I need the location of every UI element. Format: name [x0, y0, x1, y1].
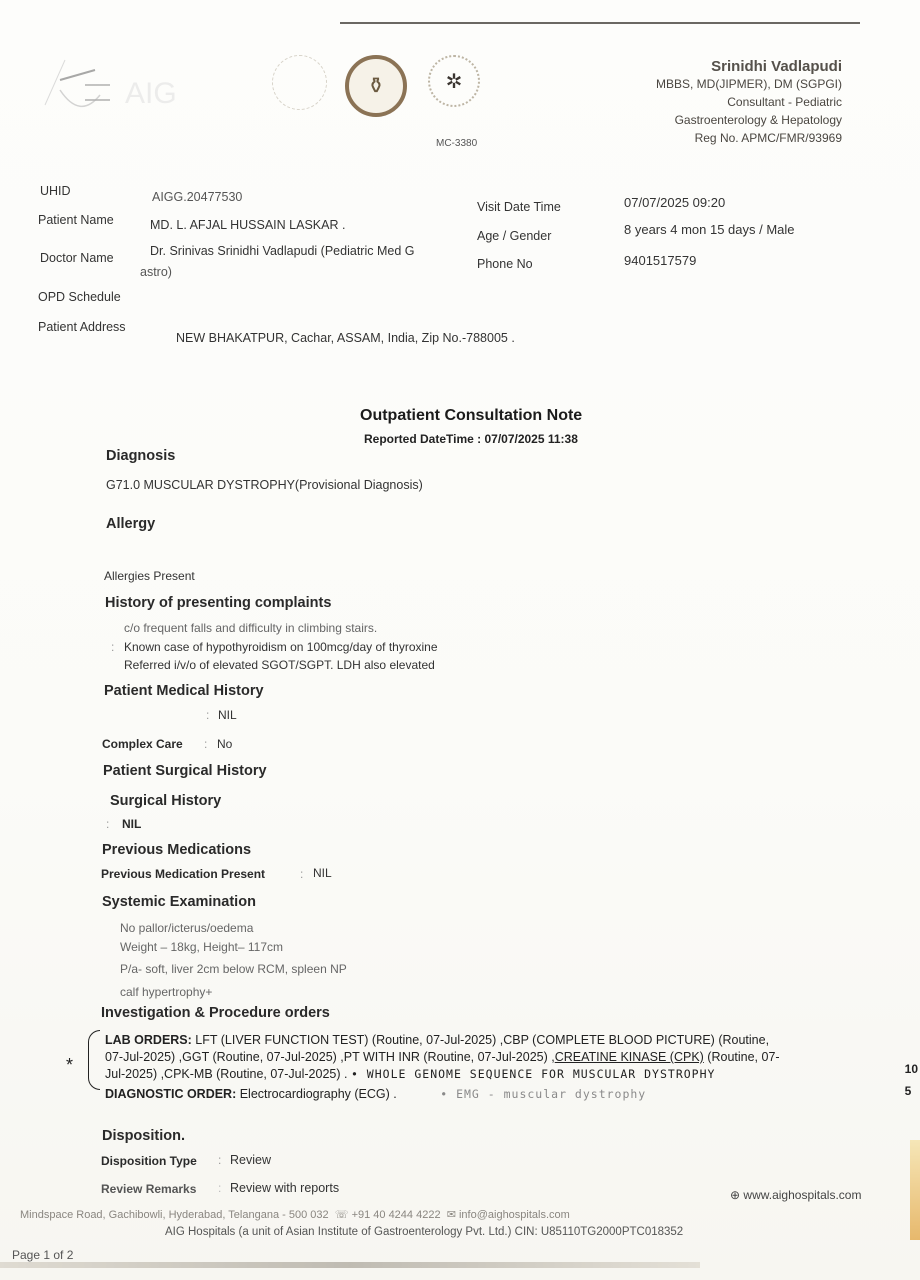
footer-website-line: ⊕ www.aighospitals.com — [730, 1188, 861, 1202]
doctor-reg-no: Reg No. APMC/FMR/93969 — [656, 129, 842, 147]
uhid-value: AIGG.20477530 — [152, 190, 242, 204]
doctor-name-value-2: astro) — [140, 265, 172, 279]
visit-datetime-value: 07/07/2025 09:20 — [624, 195, 725, 210]
surgical-history-heading: Patient Surgical History — [103, 763, 267, 779]
edge-char-1: 10 — [905, 1058, 918, 1080]
address-label: Patient Address — [38, 320, 126, 334]
phone-icon: ☏ — [335, 1209, 349, 1221]
previous-medication-value: NIL — [313, 866, 332, 880]
diagnostic-order-line: DIAGNOSTIC ORDER: Electrocardiography (E… — [105, 1086, 855, 1103]
diagnosis-heading: Diagnosis — [106, 448, 175, 464]
complex-care-value: No — [217, 737, 232, 751]
cpk-order: CREATINE KINASE (CPK) — [555, 1050, 704, 1064]
orders-heading: Investigation & Procedure orders — [101, 1005, 330, 1021]
footer-email[interactable]: info@aighospitals.com — [459, 1209, 570, 1221]
mc-number: MC-3380 — [436, 138, 477, 149]
nabl-seal-icon: ✲ — [428, 55, 480, 107]
patient-name-label: Patient Name — [38, 213, 114, 227]
doctor-header: Srinidhi Vadlapudi MBBS, MD(JIPMER), DM … — [656, 58, 842, 147]
diagnostic-order-label: DIAGNOSTIC ORDER: — [105, 1087, 236, 1101]
lab-orders-label: LAB ORDERS: — [105, 1033, 192, 1047]
surgical-history-subheading: Surgical History — [110, 793, 221, 809]
review-remarks-label: Review Remarks — [101, 1182, 196, 1196]
handwritten-note-2: • EMG - muscular dystrophy — [440, 1087, 646, 1101]
age-gender-label: Age / Gender — [477, 229, 551, 243]
systemic-exam-line-4: calf hypertrophy+ — [120, 985, 212, 999]
note-title: Outpatient Consultation Note — [360, 407, 582, 425]
separator: : — [106, 817, 109, 831]
lab-orders-line-1: LAB ORDERS: LFT (LIVER FUNCTION TEST) (R… — [105, 1032, 855, 1049]
asterisk-mark: * — [66, 1055, 73, 1076]
review-remarks-value: Review with reports — [230, 1181, 339, 1195]
lab-orders-text-1: LFT (LIVER FUNCTION TEST) (Routine, 07-J… — [192, 1033, 769, 1047]
phone-value: 9401517579 — [624, 253, 696, 268]
footer-address-line: Mindspace Road, Gachibowli, Hyderabad, T… — [20, 1208, 570, 1221]
hospital-logo-icon: AIG — [40, 45, 240, 125]
separator: : — [204, 737, 207, 751]
lab-orders-line-3: Jul-2025) ,CPK-MB (Routine, 07-Jul-2025)… — [105, 1066, 855, 1083]
disposition-heading: Disposition. — [102, 1128, 185, 1144]
separator: : — [218, 1181, 221, 1195]
medical-history-value: NIL — [218, 708, 237, 722]
surgical-history-value: NIL — [122, 817, 141, 831]
reported-datetime: Reported DateTime : 07/07/2025 11:38 — [364, 432, 578, 446]
lab-orders-line-2: 07-Jul-2025) ,GGT (Routine, 07-Jul-2025)… — [105, 1049, 855, 1066]
phone-label: Phone No — [477, 257, 533, 271]
footer-unit-line: AIG Hospitals (a unit of Asian Institute… — [165, 1226, 683, 1238]
separator: : — [206, 708, 209, 722]
disposition-type-value: Review — [230, 1153, 271, 1167]
doctor-name-label: Doctor Name — [40, 251, 114, 265]
footer-website[interactable]: www.aighospitals.com — [743, 1188, 861, 1202]
consultation-note-page: AIG ⚱ ✲ MC-3380 Srinidhi Vadlapudi MBBS,… — [0, 0, 920, 1280]
medical-history-heading: Patient Medical History — [104, 683, 264, 699]
handwritten-note-1: • WHOLE GENOME SEQUENCE FOR MUSCULAR DYS… — [351, 1067, 716, 1081]
nabh-seal-icon: ⚱ — [345, 55, 407, 117]
scan-shadow-band — [0, 1262, 700, 1268]
systemic-exam-line-1: No pallor/icterus/oedema — [120, 921, 253, 935]
visit-datetime-label: Visit Date Time — [477, 200, 561, 214]
lab-orders: LAB ORDERS: LFT (LIVER FUNCTION TEST) (R… — [105, 1032, 855, 1103]
hpc-line-3: Referred i/v/o of elevated SGOT/SGPT. LD… — [124, 658, 435, 672]
edge-char-2: 5 — [905, 1080, 918, 1102]
page-edge-stain — [910, 1140, 920, 1240]
edge-bleed-text: 10 5 — [905, 1058, 918, 1102]
systemic-exam-line-3: P/a- soft, liver 2cm below RCM, spleen N… — [120, 962, 347, 976]
address-value: NEW BHAKATPUR, Cachar, ASSAM, India, Zip… — [176, 331, 515, 345]
previous-medication-label: Previous Medication Present — [101, 867, 265, 881]
previous-medications-heading: Previous Medications — [102, 842, 251, 858]
brace-mark — [88, 1030, 100, 1090]
doctor-role-2: Gastroenterology & Hepatology — [656, 111, 842, 129]
hpc-line-2: Known case of hypothyroidism on 100mcg/d… — [124, 640, 438, 654]
doctor-qualifications: MBBS, MD(JIPMER), DM (SGPGI) — [656, 75, 842, 93]
faded-seal-icon — [272, 55, 327, 110]
doctor-role-1: Consultant - Pediatric — [656, 93, 842, 111]
hpc-line-1: c/o frequent falls and difficulty in cli… — [124, 621, 377, 635]
footer-phone: +91 40 4244 4222 — [352, 1209, 441, 1221]
svg-text:AIG: AIG — [125, 77, 177, 110]
separator: : — [218, 1153, 221, 1167]
disposition-type-label: Disposition Type — [101, 1154, 197, 1168]
patient-name-value: MD. L. AFJAL HUSSAIN LASKAR . — [150, 218, 345, 232]
complex-care-label: Complex Care — [102, 737, 183, 751]
lab-orders-text-2: 07-Jul-2025) ,GGT (Routine, 07-Jul-2025)… — [105, 1050, 555, 1064]
hpc-bullet: : — [111, 640, 114, 654]
systemic-exam-line-2: Weight – 18kg, Height– 117cm — [120, 940, 283, 954]
allergy-value: Allergies Present — [104, 569, 195, 583]
page-number: Page 1 of 2 — [12, 1248, 73, 1262]
uhid-label: UHID — [40, 184, 71, 198]
footer-address: Mindspace Road, Gachibowli, Hyderabad, T… — [20, 1209, 329, 1221]
diagnosis-value: G71.0 MUSCULAR DYSTROPHY(Provisional Dia… — [106, 478, 423, 492]
globe-icon: ⊕ — [730, 1188, 740, 1202]
hpc-heading: History of presenting complaints — [105, 595, 331, 611]
separator: : — [300, 867, 303, 881]
systemic-exam-heading: Systemic Examination — [102, 894, 256, 910]
lab-orders-text-3: Jul-2025) ,CPK-MB (Routine, 07-Jul-2025)… — [105, 1067, 347, 1081]
doctor-name-value-1: Dr. Srinivas Srinidhi Vadlapudi (Pediatr… — [150, 244, 414, 258]
diagnostic-order-value: Electrocardiography (ECG) . — [236, 1087, 396, 1101]
allergy-heading: Allergy — [106, 516, 155, 532]
lab-orders-text-2c: (Routine, 07- — [704, 1050, 780, 1064]
age-gender-value: 8 years 4 mon 15 days / Male — [624, 222, 795, 237]
opd-schedule-label: OPD Schedule — [38, 290, 121, 304]
top-rule — [340, 22, 860, 24]
doctor-name: Srinidhi Vadlapudi — [656, 58, 842, 75]
email-icon: ✉ — [447, 1209, 456, 1221]
